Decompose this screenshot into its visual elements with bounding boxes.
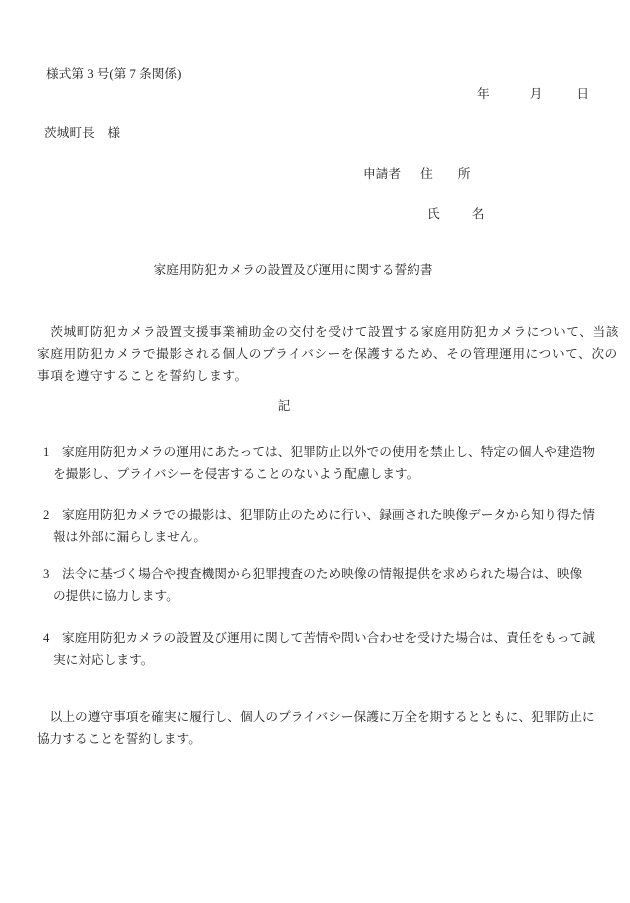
addressee: 茨城町長 様 — [44, 122, 623, 144]
form-number: 様式第 3 号(第 7 条関係) — [46, 63, 623, 85]
pledge-item-4: 4 家庭用防犯カメラの設置及び運用に関して苦情や問い合わせを受けた場合は、責任を… — [43, 627, 623, 671]
document-title: 家庭用防犯カメラの設置及び運用に関する誓約書 — [37, 259, 623, 281]
applicant-label: 申請者 — [363, 167, 401, 181]
pledge-item-3: 3 法令に基づく場合や捜査機関から犯罪捜査のため映像の情報提供を求められた場合は… — [43, 563, 623, 607]
pledge-item-2: 2 家庭用防犯カメラでの撮影は、犯罪防止のために行い、録画された映像データから知… — [43, 504, 623, 548]
applicant-name-line: 氏名 — [37, 203, 623, 225]
month-label: 月 — [530, 87, 543, 101]
applicant-address-line: 申請者住所 — [37, 163, 623, 185]
closing-paragraph: 以上の遵守事項を確実に履行し、個人のプライバシー保護に万全を期するとともに、犯罪… — [37, 706, 623, 750]
address-label: 住 — [420, 167, 433, 181]
address-label-2: 所 — [458, 167, 471, 181]
ki-mark: 記 — [37, 395, 623, 417]
day-label: 日 — [576, 87, 589, 101]
pledge-item-1: 1 家庭用防犯カメラの運用にあたっては、犯罪防止以外での使用を禁止し、特定の個人… — [43, 441, 623, 485]
intro-paragraph: 茨城町防犯カメラ設置支援事業補助金の交付を受けて設置する家庭用防犯カメラについて… — [37, 321, 623, 387]
year-label: 年 — [477, 87, 490, 101]
document-page: 様式第 3 号(第 7 条関係) 年月日 茨城町長 様 申請者住所 氏名 家庭用… — [0, 0, 630, 903]
name-label: 氏 — [427, 207, 440, 221]
name-label-2: 名 — [472, 207, 485, 221]
date-line: 年月日 — [37, 83, 623, 105]
